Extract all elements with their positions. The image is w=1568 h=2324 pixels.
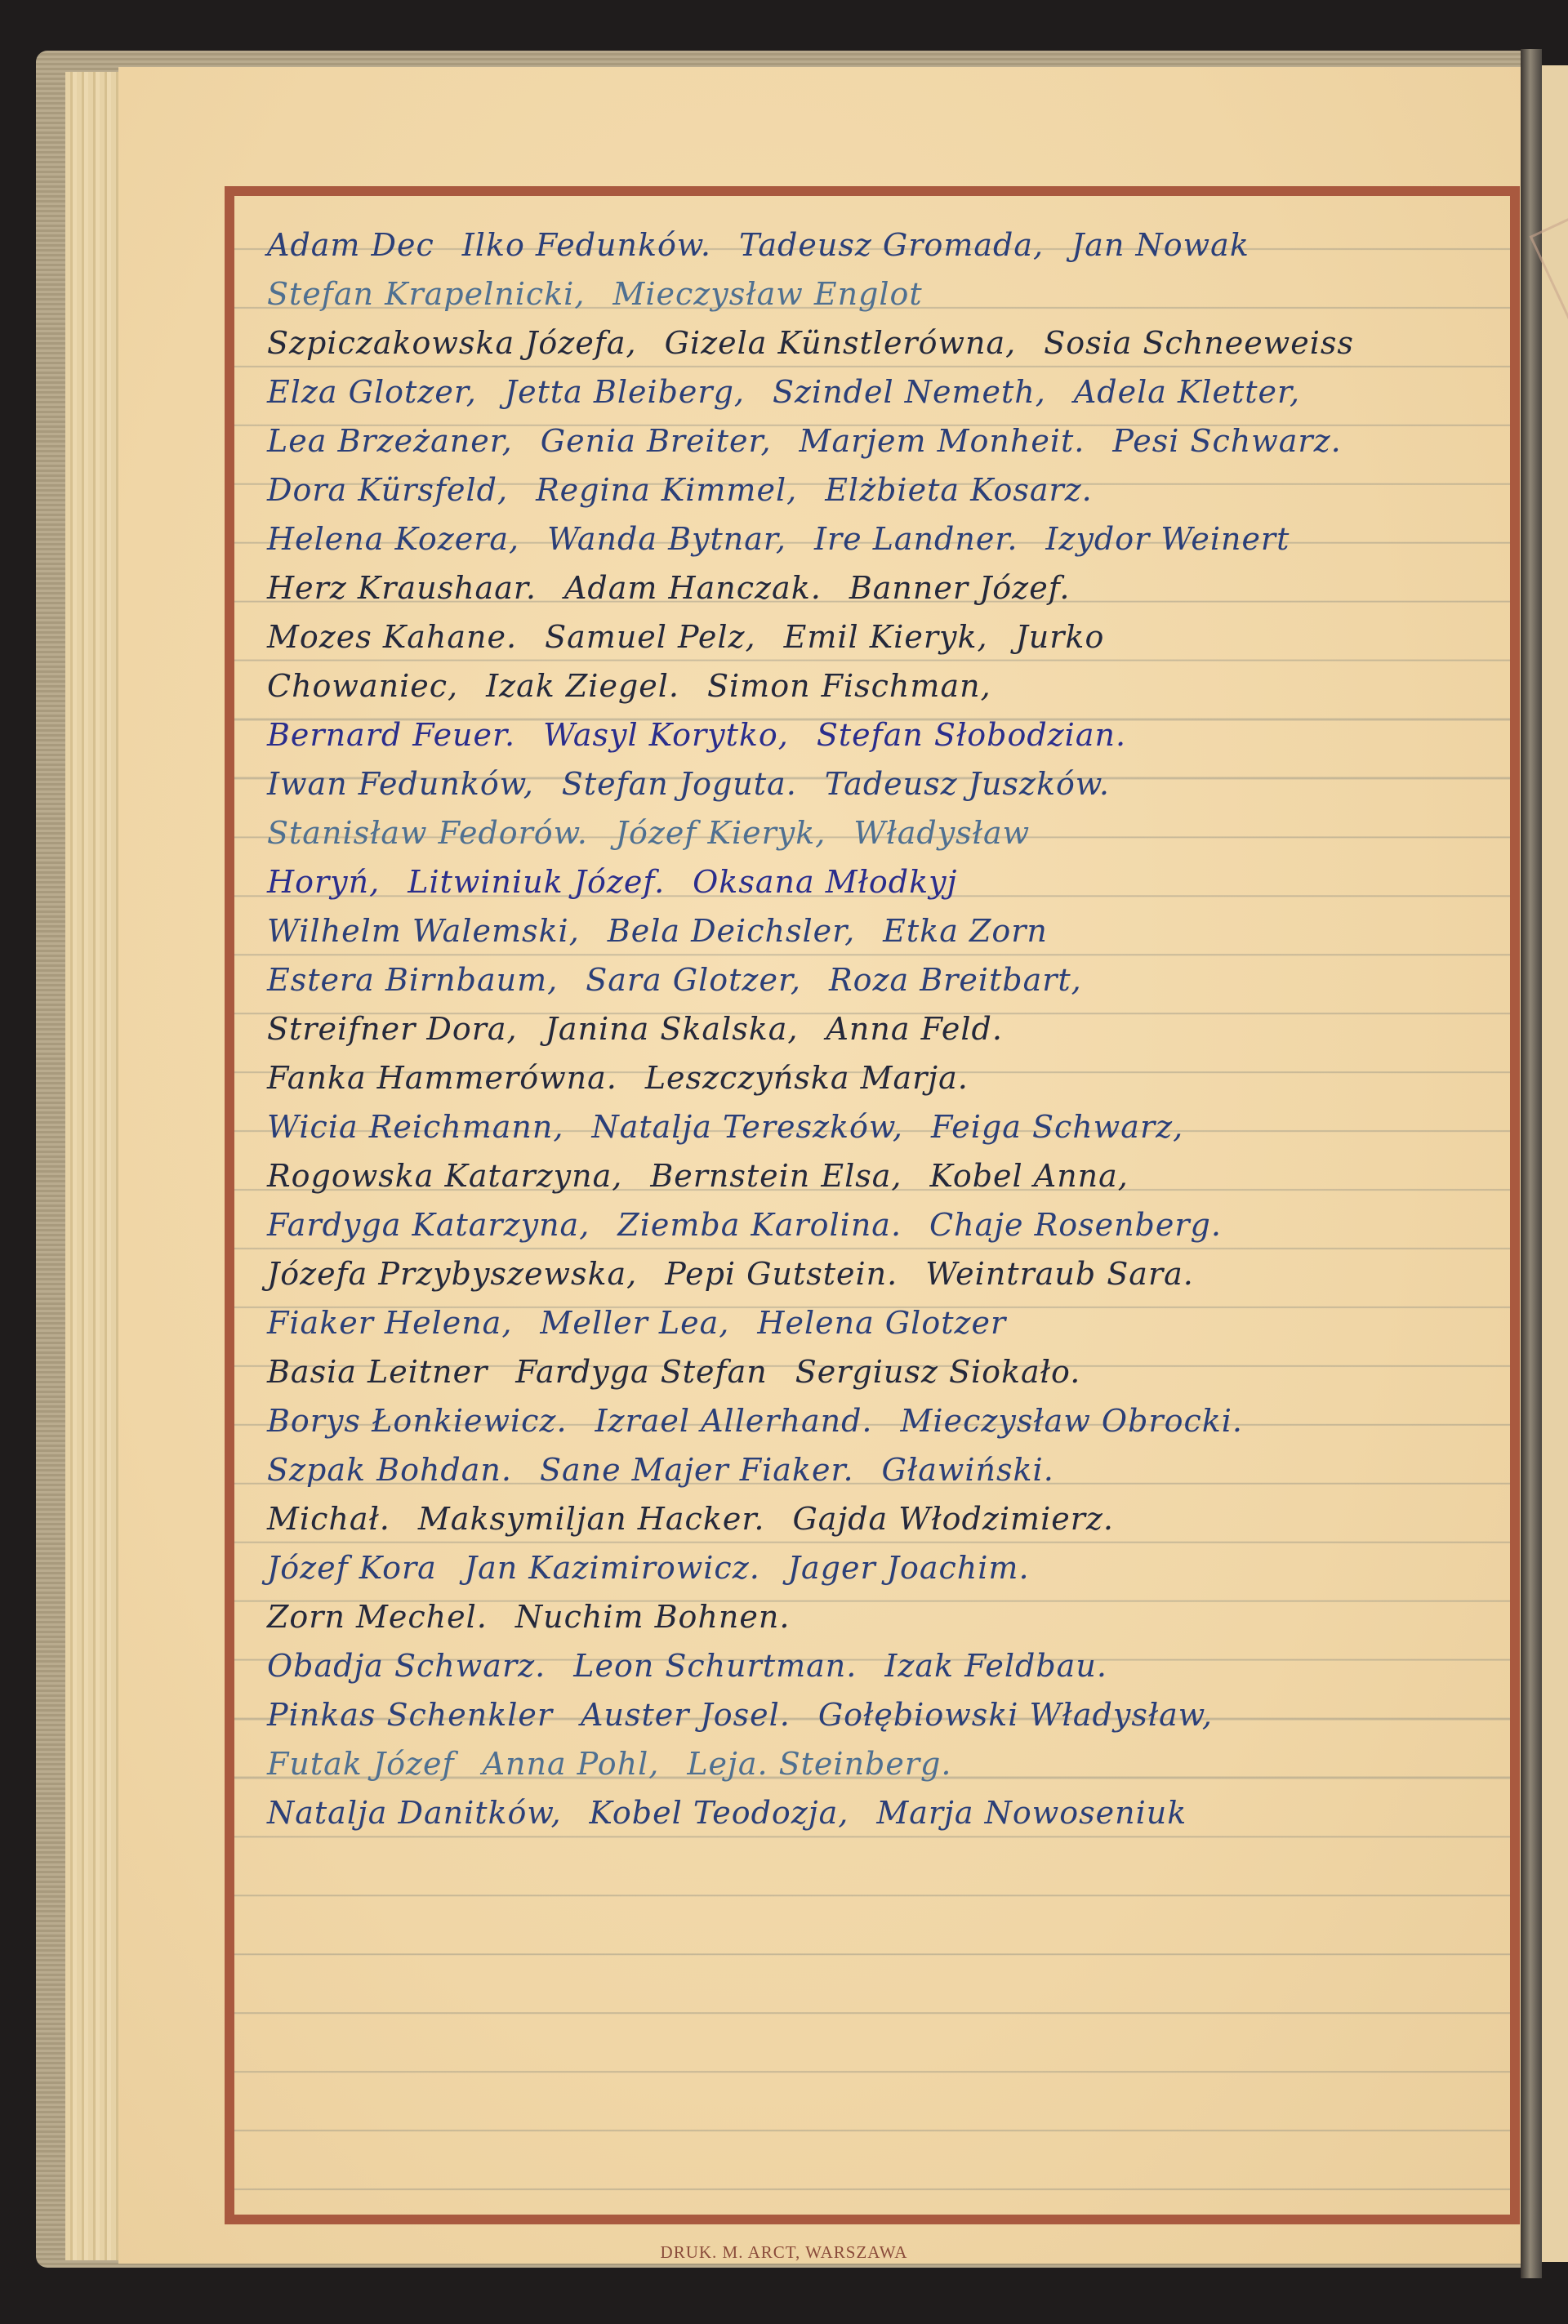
signature-line: Fanka Hammerówna.Leszczyńska Marja. [234,1053,1510,1102]
signature-entry: Ilko Fedunków. [462,220,711,269]
signature-entry: Iwan Fedunków, [267,759,534,808]
signature-entry: Adam Hanczak. [564,563,822,612]
signature-line: Iwan Fedunków,Stefan Joguta.Tadeusz Jusz… [234,759,1510,808]
page-frame: Adam DecIlko Fedunków.Tadeusz Gromada,Ja… [225,186,1520,2224]
signature-line: Józefa Przybyszewska,Pepi Gutstein.Weint… [234,1249,1510,1298]
signature-line: Wicia Reichmann,Natalja Tereszków,Feiga … [234,1102,1510,1151]
signature-entry: Ire Landner. [814,514,1018,563]
signature-entry: Stefan Joguta. [562,759,797,808]
signature-entry: Bernstein Elsa, [650,1151,902,1200]
signature-entry: Mozes Kahane. [267,612,517,661]
signature-line: Mozes Kahane.Samuel Pelz,Emil Kieryk,Jur… [234,612,1510,661]
signature-entry: Bela Deichsler, [608,906,855,955]
signature-entry: Chaje Rosenberg. [929,1200,1222,1249]
signature-entry: Genia Breiter, [541,416,772,465]
signature-entry: Sergiusz Siokało. [795,1347,1081,1396]
signature-entry: Anna Feld. [826,1004,1002,1053]
signature-line: Zorn Mechel.Nuchim Bohnen. [234,1592,1510,1641]
signature-entry: Fardyga Katarzyna, [267,1200,590,1249]
signature-entry: Wanda Bytnar, [547,514,786,563]
signature-entry: Dora Kürsfeld, [267,465,508,514]
signature-entry: Pepi Gutstein. [665,1249,898,1298]
signature-entry: Samuel Pelz, [545,612,756,661]
signature-line: Futak JózefAnna Pohl,Leja. Steinberg. [234,1739,1510,1788]
signature-line: Herz Kraushaar.Adam Hanczak.Banner Józef… [234,563,1510,612]
signature-entry: Roza Breitbart, [829,955,1082,1004]
signature-entry: Michał. [267,1494,390,1543]
signature-entry: Kobel Teodozja, [590,1788,849,1837]
signature-entry: Feiga Schwarz, [931,1102,1183,1151]
page-edges [65,72,122,2260]
signature-entry: Lea Brzeżaner, [267,416,513,465]
signature-line: Stefan Krapelnicki,Mieczysław Englot [234,269,1510,318]
signature-entry: Etka Zorn [883,906,1048,955]
signature-entry: Gizela Künstlerówna, [665,318,1017,367]
signature-entry: Marja Nowoseniuk [876,1788,1187,1837]
signature-entry: Jurko [1016,612,1105,661]
signature-entry: Zorn Mechel. [267,1592,488,1641]
signature-entry: Natalja Tereszków, [591,1102,903,1151]
signature-entry: Elżbieta Kosarz. [825,465,1093,514]
signature-line: Adam DecIlko Fedunków.Tadeusz Gromada,Ja… [234,220,1510,269]
signature-entry: Izrael Allerhand. [595,1396,873,1445]
signature-entry: Horyń, [267,857,380,906]
signature-entry: Mieczysław Obrocki. [901,1396,1243,1445]
signature-line: Szpiczakowska Józefa,Gizela Künstlerówna… [234,318,1510,367]
signature-entry: Stefan Krapelnicki, [267,269,585,318]
signature-entry: Stanisław Fedorów. [267,808,588,857]
signature-entry: Pesi Schwarz. [1112,416,1341,465]
signature-entry: Józef Kieryk, [616,808,826,857]
signature-entry: Banner Józef. [849,563,1071,612]
signature-entry: Weintraub Sara. [925,1249,1194,1298]
signature-entry: Ziemba Karolina. [617,1200,902,1249]
signature-entry: Izak Feldbau. [884,1641,1107,1690]
signature-list: Adam DecIlko Fedunków.Tadeusz Gromada,Ja… [234,220,1510,1837]
signature-entry: Bernard Feuer. [267,710,515,759]
signature-entry: Izak Ziegel. [486,661,679,710]
signature-entry: Wilhelm Walemski, [267,906,580,955]
signature-entry: Szindel Nemeth, [773,367,1046,416]
signature-entry: Sara Glotzer, [586,955,801,1004]
signature-entry: Natalja Danitków, [267,1788,562,1837]
signature-entry: Gołębiowski Władysław, [818,1690,1213,1739]
signature-entry: Pinkas Schenkler [267,1690,553,1739]
signature-line: Wilhelm Walemski,Bela Deichsler,Etka Zor… [234,906,1510,955]
signature-line: Rogowska Katarzyna,Bernstein Elsa,Kobel … [234,1151,1510,1200]
signature-entry: Gajda Włodzimierz. [792,1494,1114,1543]
signature-entry: Chowaniec, [267,661,458,710]
signature-line: Stanisław Fedorów.Józef Kieryk,Władysław [234,808,1510,857]
signature-entry: Fanka Hammerówna. [267,1053,617,1102]
signature-entry: Wicia Reichmann, [267,1102,563,1151]
signature-entry: Sane Majer Fiaker. [540,1445,854,1494]
signature-line: Fiaker Helena,Meller Lea,Helena Glotzer [234,1298,1510,1347]
signature-entry: Jager Joachim. [788,1543,1030,1592]
signature-line: Basia LeitnerFardyga StefanSergiusz Siok… [234,1347,1510,1396]
signature-line: Dora Kürsfeld,Regina Kimmel,Elżbieta Kos… [234,465,1510,514]
signature-entry: Janina Skalska, [546,1004,799,1053]
signature-entry: Jetta Bleiberg, [505,367,745,416]
signature-line: Obadja Schwarz.Leon Schurtman.Izak Feldb… [234,1641,1510,1690]
signature-line: Chowaniec,Izak Ziegel.Simon Fischman, [234,661,1510,710]
signature-entry: Streifner Dora, [267,1004,518,1053]
signature-entry: Adam Dec [267,220,434,269]
signature-entry: Tadeusz Juszków. [825,759,1110,808]
signature-line: Natalja Danitków,Kobel Teodozja,Marja No… [234,1788,1510,1837]
signature-entry: Litwiniuk Józef. [408,857,665,906]
signature-entry: Helena Glotzer [757,1298,1006,1347]
signature-line: Józef KoraJan Kazimirowicz.Jager Joachim… [234,1543,1510,1592]
signature-entry: Kobel Anna, [929,1151,1128,1200]
signature-entry: Maksymiljan Hacker. [418,1494,765,1543]
signature-line: Helena Kozera,Wanda Bytnar,Ire Landner.I… [234,514,1510,563]
signature-entry: Izydor Weinert [1045,514,1290,563]
signature-entry: Gławiński. [882,1445,1054,1494]
signature-entry: Obadja Schwarz. [267,1641,546,1690]
signature-entry: Marjem Monheit. [800,416,1085,465]
signature-entry: Oksana Młodkyj [693,857,957,906]
signature-line: Michał.Maksymiljan Hacker.Gajda Włodzimi… [234,1494,1510,1543]
signature-line: Fardyga Katarzyna,Ziemba Karolina.Chaje … [234,1200,1510,1249]
signature-entry: Józefa Przybyszewska, [267,1249,637,1298]
signature-entry: Futak Józef [267,1739,455,1788]
signature-line: Streifner Dora,Janina Skalska,Anna Feld. [234,1004,1510,1053]
signature-entry: Adela Kletter, [1074,367,1300,416]
signature-entry: Józef Kora [267,1543,437,1592]
signature-entry: Szpiczakowska Józefa, [267,318,637,367]
signature-entry: Auster Josel. [581,1690,791,1739]
signature-entry: Simon Fischman, [707,661,991,710]
signature-entry: Meller Lea, [540,1298,729,1347]
signature-entry: Estera Birnbaum, [267,955,558,1004]
signature-line: Bernard Feuer.Wasyl Korytko,Stefan Słobo… [234,710,1510,759]
signature-entry: Wasyl Korytko, [543,710,789,759]
signature-entry: Leja. Steinberg. [687,1739,951,1788]
signature-entry: Tadeusz Gromada, [739,220,1044,269]
book-gutter [1521,49,1542,2278]
signature-entry: Stefan Słobodzian. [817,710,1126,759]
signature-entry: Helena Kozera, [267,514,519,563]
signature-line: Lea Brzeżaner,Genia Breiter,Marjem Monhe… [234,416,1510,465]
signature-line: Elza Glotzer,Jetta Bleiberg,Szindel Neme… [234,367,1510,416]
signature-entry: Jan Nowak [1071,220,1249,269]
signature-line: Horyń,Litwiniuk Józef.Oksana Młodkyj [234,857,1510,906]
printer-imprint: DRUK. M. ARCT, WARSZAWA [0,2242,1568,2263]
signature-entry: Anna Pohl, [483,1739,660,1788]
signature-entry: Władysław [853,808,1030,857]
signature-entry: Nuchim Bohnen. [515,1592,791,1641]
signature-line: Pinkas SchenklerAuster Josel.Gołębiowski… [234,1690,1510,1739]
signature-line: Estera Birnbaum,Sara Glotzer,Roza Breitb… [234,955,1510,1004]
signature-entry: Regina Kimmel, [536,465,797,514]
signature-entry: Szpak Bohdan. [267,1445,512,1494]
signature-entry: Fiaker Helena, [267,1298,512,1347]
signature-entry: Rogowska Katarzyna, [267,1151,622,1200]
signature-entry: Herz Kraushaar. [267,563,537,612]
signature-entry: Sosia Schneeweiss [1044,318,1354,367]
signature-entry: Elza Glotzer, [267,367,477,416]
signature-entry: Leon Schurtman. [573,1641,857,1690]
signature-entry: Mieczysław Englot [612,269,922,318]
signature-entry: Leszczyńska Marja. [645,1053,969,1102]
signature-entry: Borys Łonkiewicz. [267,1396,568,1445]
signature-entry: Emil Kieryk, [784,612,988,661]
adjacent-page [1542,65,1568,2262]
signature-entry: Basia Leitner [267,1347,488,1396]
signature-line: Borys Łonkiewicz.Izrael Allerhand.Mieczy… [234,1396,1510,1445]
signature-line: Szpak Bohdan.Sane Majer Fiaker.Gławiński… [234,1445,1510,1494]
signature-entry: Fardyga Stefan [515,1347,767,1396]
signature-entry: Jan Kazimirowicz. [465,1543,760,1592]
